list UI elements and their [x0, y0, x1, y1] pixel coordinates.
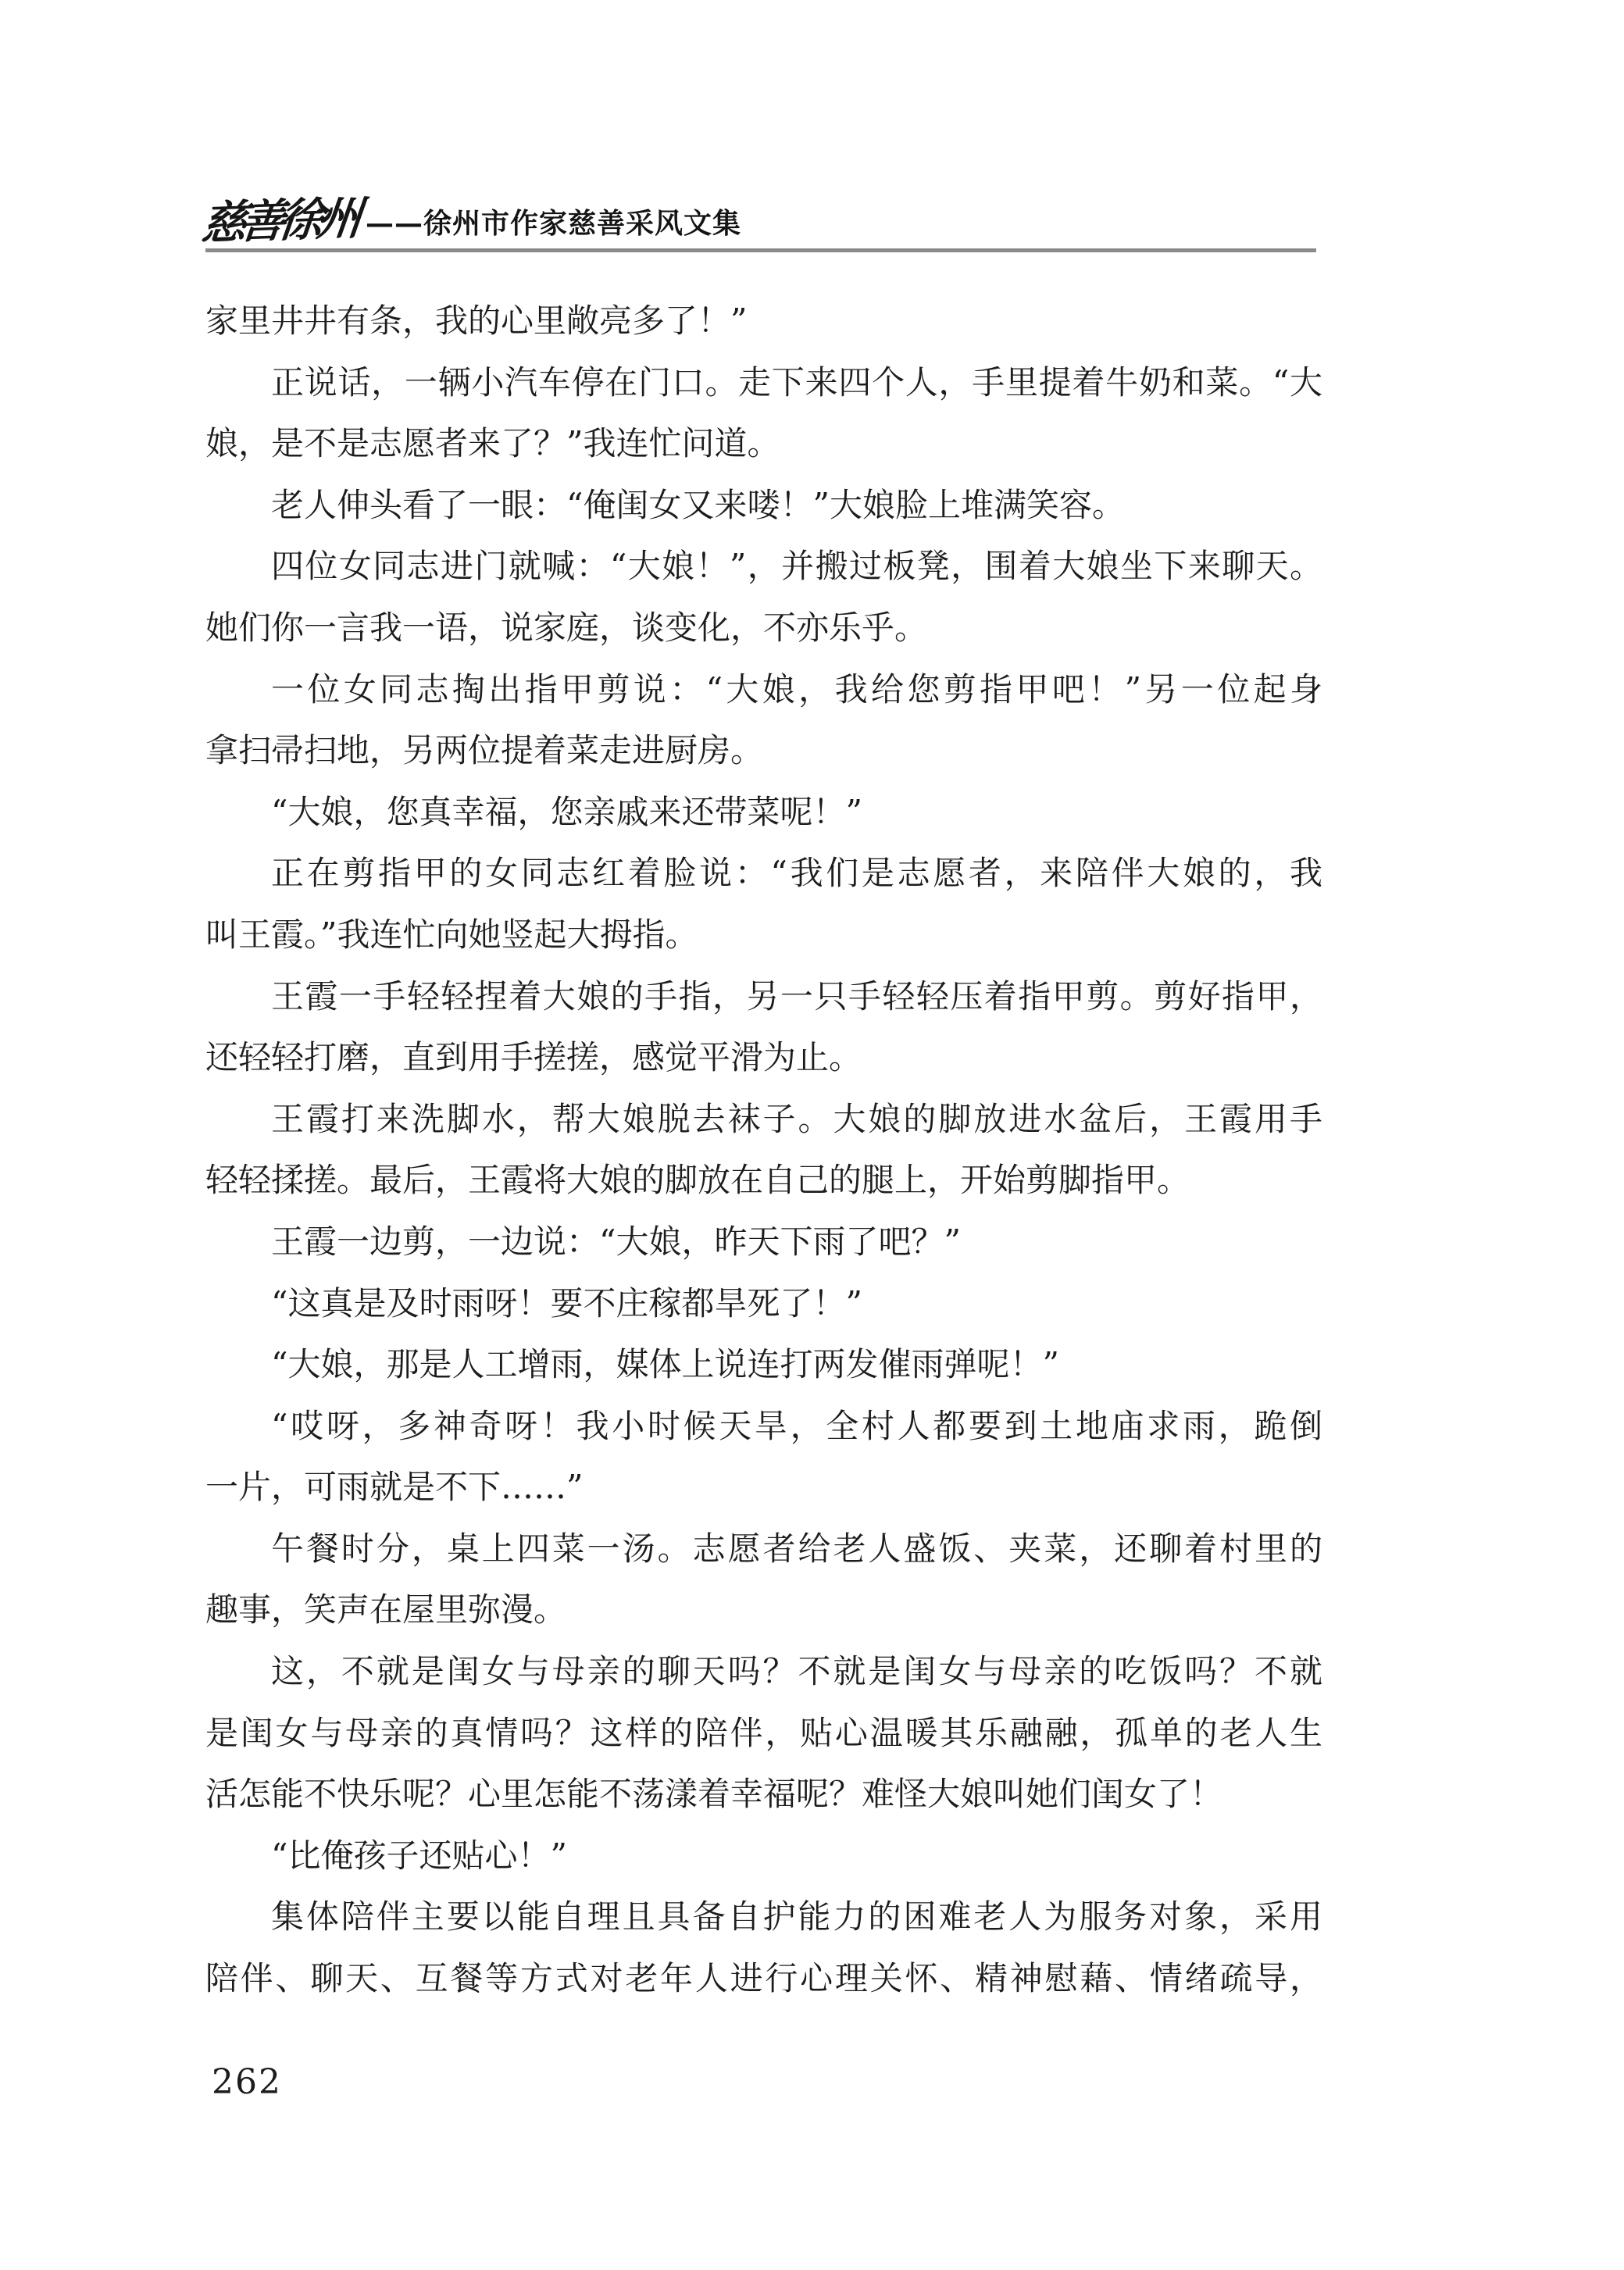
header-subtitle: ——徐州市作家慈善采风文集	[366, 205, 741, 241]
text-line: 王霞一手轻轻捏着大娘的手指，另一只手轻轻压着指甲剪。剪好指甲，	[205, 966, 1322, 1028]
text-line: 叫王霞。”我连忙向她竖起大拇指。	[205, 905, 1322, 966]
text-line: 娘，是不是志愿者来了？”我连忙问道。	[205, 413, 1322, 475]
text-line: 她们你一言我一语，说家庭，谈变化，不亦乐乎。	[205, 598, 1322, 659]
text-line: 陪伴、聊天、互餐等方式对老年人进行心理关怀、精神慰藉、情绪疏导，	[205, 1948, 1322, 2010]
text-line: 正说话，一辆小汽车停在门口。走下来四个人，手里提着牛奶和菜。“大	[205, 352, 1322, 414]
book-page: 慈善徐州 ——徐州市作家慈善采风文集 家里井井有条，我的心里敞亮多了！”正说话，…	[0, 0, 1624, 2270]
text-line: 王霞一边剪，一边说：“大娘，昨天下雨了吧？”	[205, 1212, 1322, 1273]
text-line: 是闺女与母亲的真情吗？这样的陪伴，贴心温暖其乐融融，孤单的老人生	[205, 1703, 1322, 1765]
text-line: 四位女同志进门就喊：“大娘！”，并搬过板凳，围着大娘坐下来聊天。	[205, 536, 1322, 598]
header-divider-rule	[205, 248, 1316, 252]
page-number: 262	[212, 2062, 282, 2103]
text-line: 拿扫帚扫地，另两位提着菜走进厨房。	[205, 720, 1322, 782]
text-line: “大娘，那是人工增雨，媒体上说连打两发催雨弹呢！”	[205, 1334, 1322, 1396]
text-line: 午餐时分，桌上四菜一汤。志愿者给老人盛饭、夹菜，还聊着村里的	[205, 1519, 1322, 1580]
text-line: 轻轻揉搓。最后，王霞将大娘的脚放在自己的腿上，开始剪脚指甲。	[205, 1150, 1322, 1212]
text-line: 家里井井有条，我的心里敞亮多了！”	[205, 291, 1322, 352]
text-line: 还轻轻打磨，直到用手搓搓，感觉平滑为止。	[205, 1027, 1322, 1089]
text-line: 趣事，笑声在屋里弥漫。	[205, 1579, 1322, 1641]
text-line: 这，不就是闺女与母亲的聊天吗？不就是闺女与母亲的吃饭吗？不就	[205, 1641, 1322, 1703]
text-line: 活怎能不快乐呢？心里怎能不荡漾着幸福呢？难怪大娘叫她们闺女了！	[205, 1764, 1322, 1826]
text-line: “哎呀，多神奇呀！我小时候天旱，全村人都要到土地庙求雨，跪倒	[205, 1396, 1322, 1458]
body-text: 家里井井有条，我的心里敞亮多了！”正说话，一辆小汽车停在门口。走下来四个人，手里…	[205, 291, 1322, 2010]
text-line: 一位女同志掏出指甲剪说：“大娘，我给您剪指甲吧！”另一位起身	[205, 659, 1322, 721]
text-line: 老人伸头看了一眼：“俺闺女又来喽！”大娘脸上堆满笑容。	[205, 475, 1322, 537]
text-line: 一片，可雨就是不下……”	[205, 1457, 1322, 1519]
text-line: “这真是及时雨呀！要不庄稼都旱死了！”	[205, 1273, 1322, 1335]
text-line: “大娘，您真幸福，您亲戚来还带菜呢！”	[205, 782, 1322, 844]
text-line: 集体陪伴主要以能自理且具备自护能力的困难老人为服务对象，采用	[205, 1886, 1322, 1948]
text-line: “比俺孩子还贴心！”	[205, 1826, 1322, 1887]
text-line: 正在剪指甲的女同志红着脸说：“我们是志愿者，来陪伴大娘的，我	[205, 843, 1322, 905]
text-line: 王霞打来洗脚水，帮大娘脱去袜子。大娘的脚放进水盆后，王霞用手	[205, 1089, 1322, 1151]
